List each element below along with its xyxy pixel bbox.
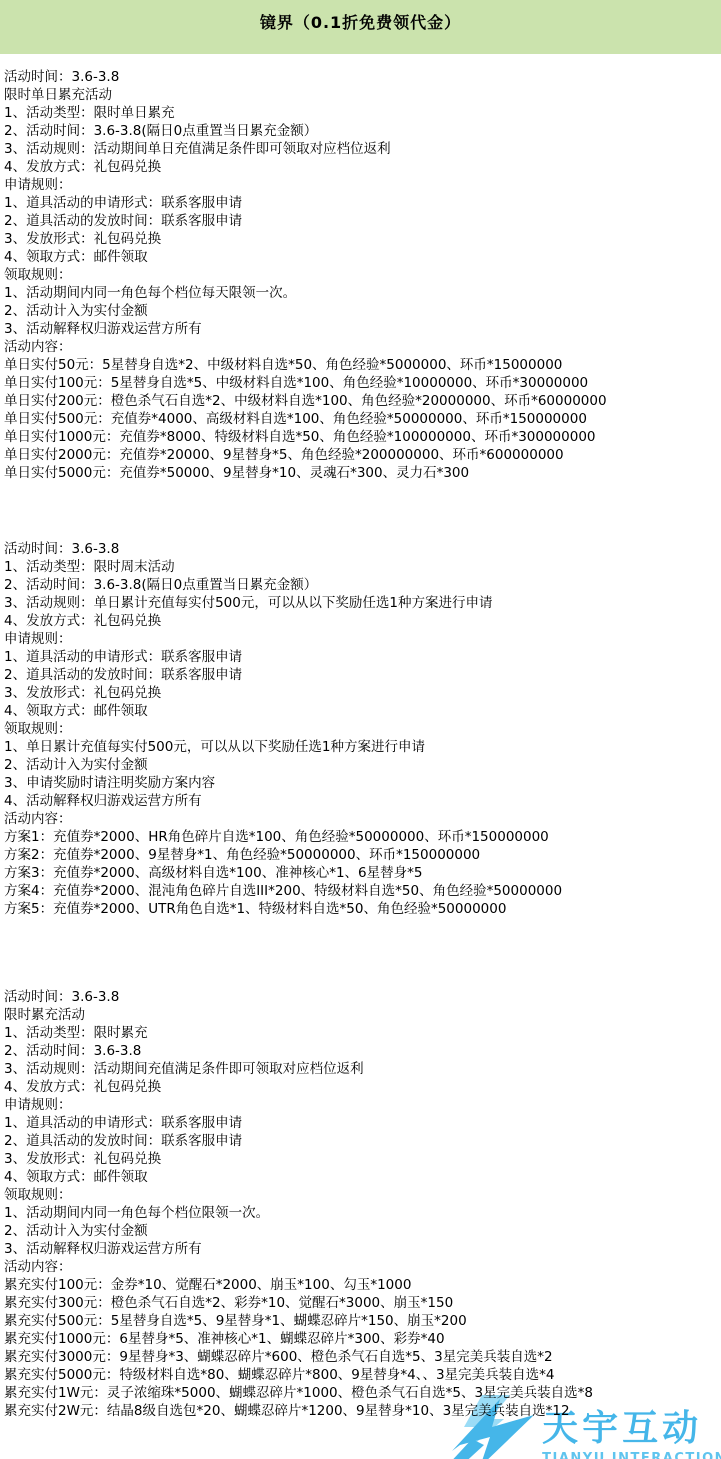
text-line: 活动时间：3.6-3.8: [4, 68, 721, 86]
text-line: 4、发放方式：礼包码兑换: [4, 1078, 721, 1096]
text-line: 领取规则：: [4, 720, 721, 738]
text-line: 3、申请奖励时请注明奖励方案内容: [4, 774, 721, 792]
text-line: 累充实付1W元：灵子浓缩珠*5000、蝴蝶忍碎片*1000、橙色杀气石自选*5、…: [4, 1384, 721, 1402]
page-title: 镜界（0.1折免费领代金）: [260, 10, 461, 33]
text-line: 累充实付1000元：6星替身*5、准神核心*1、蝴蝶忍碎片*300、彩券*40: [4, 1330, 721, 1348]
text-line: 2、活动时间：3.6-3.8: [4, 1042, 721, 1060]
text-line: 方案4：充值券*2000、混沌角色碎片自选III*200、特级材料自选*50、角…: [4, 882, 721, 900]
text-line: 3、发放形式：礼包码兑换: [4, 230, 721, 248]
text-line: 3、活动解释权归游戏运营方所有: [4, 1240, 721, 1258]
activity-section-cumulative: 活动时间：3.6-3.8限时累充活动1、活动类型：限时累充2、活动时间：3.6-…: [4, 988, 721, 1420]
text-line: 活动内容：: [4, 1258, 721, 1276]
content: 活动时间：3.6-3.8限时单日累充活动1、活动类型：限时单日累充2、活动时间：…: [0, 68, 721, 1420]
text-line: 累充实付500元：5星替身自选*5、9星替身*1、蝴蝶忍碎片*150、崩玉*20…: [4, 1312, 721, 1330]
text-line: 活动内容：: [4, 810, 721, 828]
text-line: 限时累充活动: [4, 1006, 721, 1024]
text-line: 单日实付100元：5星替身自选*5、中级材料自选*100、角色经验*100000…: [4, 374, 721, 392]
text-line: 3、活动规则：活动期间充值满足条件即可领取对应档位返利: [4, 1060, 721, 1078]
text-line: 单日实付2000元：充值券*20000、9星替身*5、角色经验*20000000…: [4, 446, 721, 464]
text-line: 活动时间：3.6-3.8: [4, 988, 721, 1006]
text-line: 单日实付500元：充值券*4000、高级材料自选*100、角色经验*500000…: [4, 410, 721, 428]
text-line: 4、发放方式：礼包码兑换: [4, 612, 721, 630]
text-line: 4、领取方式：邮件领取: [4, 1168, 721, 1186]
text-line: 累充实付5000元：特级材料自选*80、蝴蝶忍碎片*800、9星替身*4、、3星…: [4, 1366, 721, 1384]
text-line: 1、道具活动的申请形式：联系客服申请: [4, 648, 721, 666]
text-line: 单日实付200元：橙色杀气石自选*2、中级材料自选*100、角色经验*20000…: [4, 392, 721, 410]
text-line: 3、活动规则：活动期间单日充值满足条件即可领取对应档位返利: [4, 140, 721, 158]
text-line: 累充实付300元：橙色杀气石自选*2、彩券*10、觉醒石*3000、崩玉*150: [4, 1294, 721, 1312]
text-line: 2、活动时间：3.6-3.8(隔日0点重置当日累充金额）: [4, 576, 721, 594]
activity-section-weekend: 活动时间：3.6-3.81、活动类型：限时周末活动2、活动时间：3.6-3.8(…: [4, 540, 721, 918]
text-line: 方案2：充值券*2000、9星替身*1、角色经验*50000000、环币*150…: [4, 846, 721, 864]
text-line: 1、单日累计充值每实付500元，可以从以下奖励任选1种方案进行申请: [4, 738, 721, 756]
text-line: 3、活动解释权归游戏运营方所有: [4, 320, 721, 338]
text-line: 4、领取方式：邮件领取: [4, 702, 721, 720]
text-line: 4、活动解释权归游戏运营方所有: [4, 792, 721, 810]
watermark-company-name-en: TIANYU INTERACTION: [542, 1451, 721, 1459]
text-line: 1、活动类型：限时周末活动: [4, 558, 721, 576]
text-line: 2、活动计入为实付金额: [4, 756, 721, 774]
text-line: 3、活动规则：单日累计充值每实付500元，可以从以下奖励任选1种方案进行申请: [4, 594, 721, 612]
text-line: 2、道具活动的发放时间：联系客服申请: [4, 666, 721, 684]
text-line: 限时单日累充活动: [4, 86, 721, 104]
text-line: 单日实付5000元：充值券*50000、9星替身*10、灵魂石*300、灵力石*…: [4, 464, 721, 482]
text-line: 单日实付1000元：充值券*8000、特级材料自选*50、角色经验*100000…: [4, 428, 721, 446]
text-line: 累充实付3000元：9星替身*3、蝴蝶忍碎片*600、橙色杀气石自选*5、3星完…: [4, 1348, 721, 1366]
text-line: 申请规则：: [4, 1096, 721, 1114]
text-line: 3、发放形式：礼包码兑换: [4, 684, 721, 702]
page: 镜界（0.1折免费领代金） 活动时间：3.6-3.8限时单日累充活动1、活动类型…: [0, 0, 721, 1459]
text-line: 方案3：充值券*2000、高级材料自选*100、准神核心*1、6星替身*5: [4, 864, 721, 882]
text-line: 2、活动计入为实付金额: [4, 1222, 721, 1240]
text-line: 申请规则：: [4, 630, 721, 648]
text-line: 单日实付50元：5星替身自选*2、中级材料自选*50、角色经验*5000000、…: [4, 356, 721, 374]
text-line: 累充实付2W元：结晶8级自选包*20、蝴蝶忍碎片*1200、9星替身*10、3星…: [4, 1402, 721, 1420]
text-line: 1、活动期间内同一角色每个档位每天限领一次。: [4, 284, 721, 302]
text-line: 2、道具活动的发放时间：联系客服申请: [4, 212, 721, 230]
text-line: 2、道具活动的发放时间：联系客服申请: [4, 1132, 721, 1150]
text-line: 2、活动时间：3.6-3.8(隔日0点重置当日累充金额）: [4, 122, 721, 140]
text-line: 方案5：充值券*2000、UTR角色自选*1、特级材料自选*50、角色经验*50…: [4, 900, 721, 918]
text-line: 领取规则：: [4, 1186, 721, 1204]
text-line: 申请规则：: [4, 176, 721, 194]
text-line: 方案1：充值券*2000、HR角色碎片自选*100、角色经验*50000000、…: [4, 828, 721, 846]
text-line: 1、活动期间内同一角色每个档位限领一次。: [4, 1204, 721, 1222]
page-header: 镜界（0.1折免费领代金）: [0, 0, 721, 54]
text-line: 4、领取方式：邮件领取: [4, 248, 721, 266]
text-line: 3、发放形式：礼包码兑换: [4, 1150, 721, 1168]
text-line: 2、活动计入为实付金额: [4, 302, 721, 320]
text-line: 活动时间：3.6-3.8: [4, 540, 721, 558]
text-line: 1、活动类型：限时累充: [4, 1024, 721, 1042]
activity-section-daily-recharge: 活动时间：3.6-3.8限时单日累充活动1、活动类型：限时单日累充2、活动时间：…: [4, 68, 721, 482]
text-line: 活动内容：: [4, 338, 721, 356]
text-line: 1、道具活动的申请形式：联系客服申请: [4, 194, 721, 212]
text-line: 1、活动类型：限时单日累充: [4, 104, 721, 122]
text-line: 领取规则：: [4, 266, 721, 284]
text-line: 累充实付100元：金券*10、觉醒石*2000、崩玉*100、勾玉*1000: [4, 1276, 721, 1294]
text-line: 4、发放方式：礼包码兑换: [4, 158, 721, 176]
text-line: 1、道具活动的申请形式：联系客服申请: [4, 1114, 721, 1132]
